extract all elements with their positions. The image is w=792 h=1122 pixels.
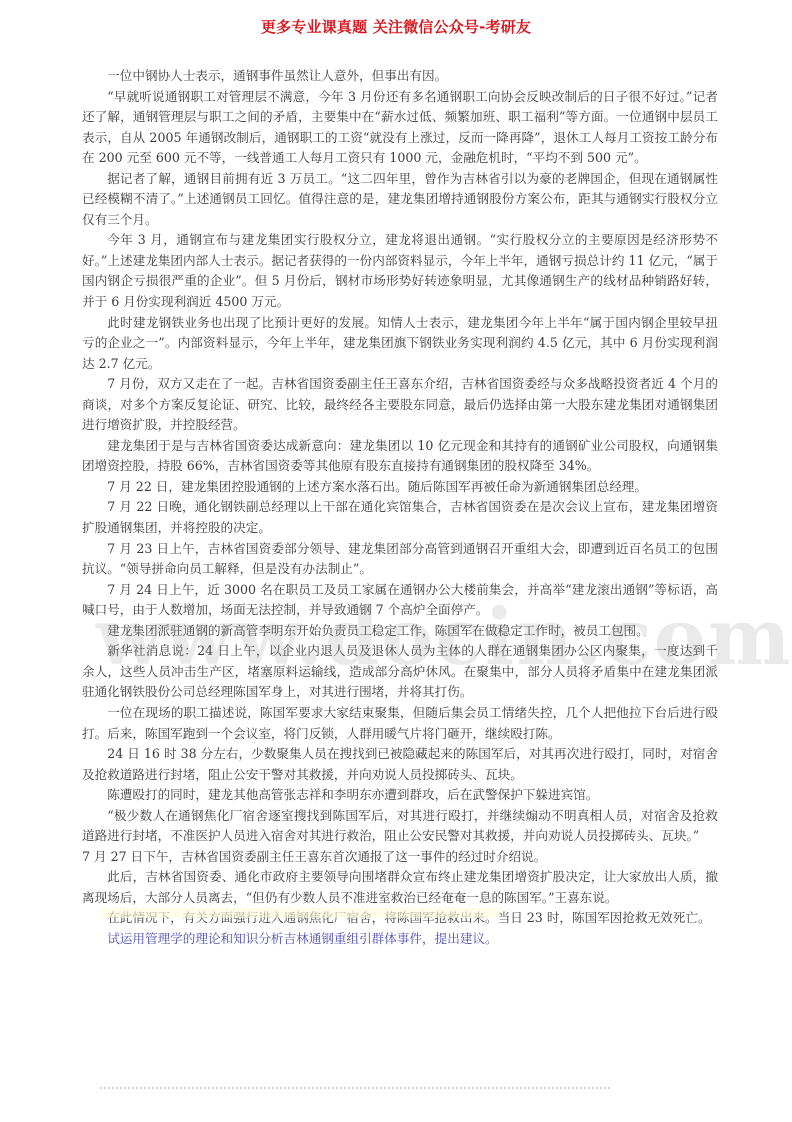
paragraph: 7 月 24 日上午，近 3000 名在职员工及员工家属在通钢办公大楼前集会，并… [82,580,718,621]
paragraph: 新华社消息说：24 日上午，以企业内退人员及退休人员为主体的人群在通钢集团办公区… [82,641,718,703]
paragraph: 7 月 27 日下午，吉林省国资委副主任王喜东首次通报了这一事件的经过时介绍说。 [82,847,718,868]
paragraph: “早就听说通钢职工对管理层不满意，今年 3 月份还有多名通钢职工向协会反映改制后… [82,87,718,169]
paragraph: 7 月 22 日晚，通化钢铁副总经理以上干部在通化宾馆集合，吉林省国资委在是次会… [82,497,718,538]
paragraph: 此时建龙钢铁业务也出现了比预计更好的发展。知情人士表示，建龙集团今年上半年“属于… [82,313,718,375]
paragraph: “极少数人在通钢焦化厂宿舍逐室搜找到陈国军后，对其进行殴打，并继续煽动不明真相人… [82,806,718,847]
paragraph: 7 月 22 日，建龙集团控股通钢的上述方案水落石出。随后陈国军再被任命为新通钢… [82,477,718,498]
paragraph: 24 日 16 时 38 分左右，少数聚集人员在搜找到已被隐藏起来的陈国军后，对… [82,744,718,785]
paragraph: 一位中钢协人士表示，通钢事件虽然让人意外，但事出有因。 [82,66,718,87]
footer-divider [100,1087,610,1089]
paragraph: 据记者了解，通钢目前拥有近 3 万员工。“这二四年里，曾作为吉林省引以为豪的老牌… [82,169,718,231]
paragraph: 陈遭殴打的同时，建龙其他高管张志祥和李明东亦遭到群攻，后在武警保护下躲进宾馆。 [82,785,718,806]
question-prompt: 试运用管理学的理论和知识分析吉林通钢重组引群体事件，提出建议。 [82,929,718,950]
paragraph: 建龙集团派驻通钢的新高管李明东开始负责员工稳定工作，陈国军在做稳定工作时，被员工… [82,621,718,642]
highlight-band [100,908,500,918]
paragraph: 今年 3 月，通钢宣布与建龙集团实行股权分立，建龙将退出通钢。“实行股权分立的主… [82,230,718,312]
paragraph: 7 月份，双方又走在了一起。吉林省国资委副主任王喜东介绍，吉林省国资委经与众多战… [82,374,718,436]
paragraph: 一位在现场的职工描述说，陈国军要求大家结束聚集，但随后集会员工情绪失控，几个人把… [82,703,718,744]
paragraph: 7 月 23 日上午，吉林省国资委部分领导、建龙集团部分高管到通钢召开重组大会，… [82,539,718,580]
document-body: 一位中钢协人士表示，通钢事件虽然让人意外，但事出有因。 “早就听说通钢职工对管理… [82,66,718,950]
paragraph: 建龙集团于是与吉林省国资委达成新意向：建龙集团以 10 亿元现金和其持有的通钢矿… [82,436,718,477]
promo-banner: 更多专业课真题 关注微信公众号-考研友 [0,16,792,37]
paragraph: 此后，吉林省国资委、通化市政府主要领导向围堵群众宣布终止建龙集团增资扩股决定，让… [82,867,718,908]
